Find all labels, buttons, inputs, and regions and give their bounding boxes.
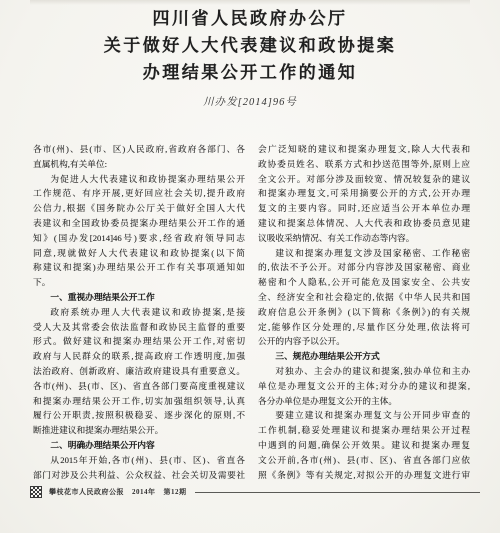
- text-line: 部门对涉及公共利益、公众权益、社会关切及需要社: [33, 468, 245, 483]
- text-line: 和提案办理结果公开工作,切实加强组织领导,认真: [33, 394, 245, 409]
- text-line: 全、经济安全和社会稳定的,依据《中华人民共和国: [258, 290, 470, 305]
- text-line: 文公开前,各市(州)、县(市、区)、省直各部门应依: [258, 453, 470, 468]
- document-page: 四川省人民政府办公厅 关于做好人大代表建议和政协提案 办理结果公开工作的通知 川…: [0, 0, 500, 533]
- gazette-publication-name: 攀枝花市人民政府公报: [49, 487, 124, 497]
- text-line: 议吸收采纳情况、有关工作动态等内容。: [258, 231, 470, 246]
- text-line: 建议和提案总体情况、人大代表和政协委员意见建: [258, 216, 470, 231]
- text-line: 法治政府、创新政府、廉洁政府建设具有重要意义。: [33, 364, 245, 379]
- text-line: 为促进人大代表建议和政协提案办理结果公开: [33, 172, 245, 187]
- gazette-year: 2014年: [132, 487, 156, 497]
- document-title-line-3: 办理结果公开工作的通知: [0, 59, 500, 86]
- text-line: 履行公开职责,按照积极稳妥、逐步深化的原则,不: [33, 408, 245, 423]
- document-title-line-1: 四川省人民政府办公厅: [0, 5, 500, 32]
- document-title-line-2: 关于做好人大代表建议和政协提案: [0, 32, 500, 59]
- section-heading: 二、明确办理结果公开内容: [33, 438, 245, 453]
- text-line: 从2015年开始,各市(州)、县(市、区)、省直各: [33, 453, 245, 468]
- text-line: 知》(国办发[2014]46号)要求,经省政府领导同志: [33, 231, 245, 246]
- text-line: 下。: [33, 275, 245, 290]
- text-line: 工作机制,稳妥处理建议和提案办理结果公开过程: [258, 423, 470, 438]
- page-footer: 攀枝花市人民政府公报 2014年 第12期: [30, 486, 480, 498]
- text-line: 建议和提案办理复文涉及国家秘密、工作秘密: [258, 246, 470, 261]
- text-line: 照《条例》等有关规定,对拟公开的办理复文进行审: [258, 468, 470, 483]
- document-header: 四川省人民政府办公厅 关于做好人大代表建议和政协提案 办理结果公开工作的通知 川…: [0, 0, 500, 109]
- text-line: 受人大及其常委会依法监督和政协民主监督的重要: [33, 320, 245, 335]
- text-line: 各分办单位是办理复文公开的主体。: [258, 394, 470, 409]
- text-line: 政协委员姓名、联系方式和抄送范围等外,原则上应: [258, 157, 470, 172]
- text-line: 单位是办理复文公开的主体;对分办的建议和提案,: [258, 379, 470, 394]
- text-line: 定,能够作区分处理的,尽量作区分处理,依法将可: [258, 320, 470, 335]
- text-line: 形式。做好建议和提案办理结果公开工作,对密切: [33, 334, 245, 349]
- text-line: 和提案办理复文,可采用摘要公开的方式,公开办理: [258, 186, 470, 201]
- text-line: 直属机构,有关单位:: [33, 157, 245, 172]
- text-line: 全文公开。对部分涉及面较宽、情况较复杂的建议: [258, 172, 470, 187]
- text-line: 政府与人民群众的联系,提高政府工作透明度,加强: [33, 349, 245, 364]
- text-line: 中遇到的问题,确保公开效果。建议和提案办理复: [258, 438, 470, 453]
- text-line: 公开的内容予以公开。: [258, 334, 470, 349]
- gazette-ornament-icon: [30, 486, 42, 498]
- text-line: 表建议和全国政协委员提案办理结果公开工作的通: [33, 216, 245, 231]
- text-line: 要建立建议和提案办理复文与公开同步审查的: [258, 408, 470, 423]
- section-heading: 一、重视办理结果公开工作: [33, 290, 245, 305]
- text-line: 的,依法不予公开。对部分内容涉及国家秘密、商业: [258, 260, 470, 275]
- text-line: 复文的主要内容。同时,还应适当公开本单位办理: [258, 201, 470, 216]
- text-line: 政府信息公开条例》(以下简称《条例》)的有关规: [258, 305, 470, 320]
- footer-rule: [195, 492, 481, 493]
- text-line: 公信力,根据《国务院办公厅关于做好全国人大代: [33, 201, 245, 216]
- text-line: 断推进建议和提案办理结果公开。: [33, 423, 245, 438]
- text-line: 同意,现就做好人大代表建议和政协提案(以下简: [33, 246, 245, 261]
- text-line: 各市(州)、县(市、区)人民政府,省政府各部门、各: [33, 142, 245, 157]
- document-number: 川办发[2014]96号: [0, 94, 500, 109]
- document-body: 各市(州)、县(市、区)人民政府,省政府各部门、各直属机构,有关单位:为促进人大…: [0, 142, 500, 482]
- text-line: 对独办、主会办的建议和提案,独办单位和主办: [258, 364, 470, 379]
- text-line: 会广泛知晓的建议和提案办理复文,除人大代表和: [258, 142, 470, 157]
- right-column: 会广泛知晓的建议和提案办理复文,除人大代表和政协委员姓名、联系方式和抄送范围等外…: [258, 142, 470, 482]
- text-line: 秘密和个人隐私,公开可能危及国家安全、公共安: [258, 275, 470, 290]
- left-column: 各市(州)、县(市、区)人民政府,省政府各部门、各直属机构,有关单位:为促进人大…: [33, 142, 245, 482]
- gazette-issue-number: 第12期: [164, 487, 187, 497]
- text-line: 工作规范、有序开展,更好回应社会关切,提升政府: [33, 186, 245, 201]
- text-line: 称建议和提案)办理结果公开工作有关事项通知如: [33, 260, 245, 275]
- scan-artifact: [30, 0, 470, 5]
- text-line: 政府系统办理人大代表建议和政协提案,是接: [33, 305, 245, 320]
- section-heading: 三、规范办理结果公开方式: [258, 349, 470, 364]
- text-line: 各市(州)、县(市、区)、省直各部门要高度重视建议: [33, 379, 245, 394]
